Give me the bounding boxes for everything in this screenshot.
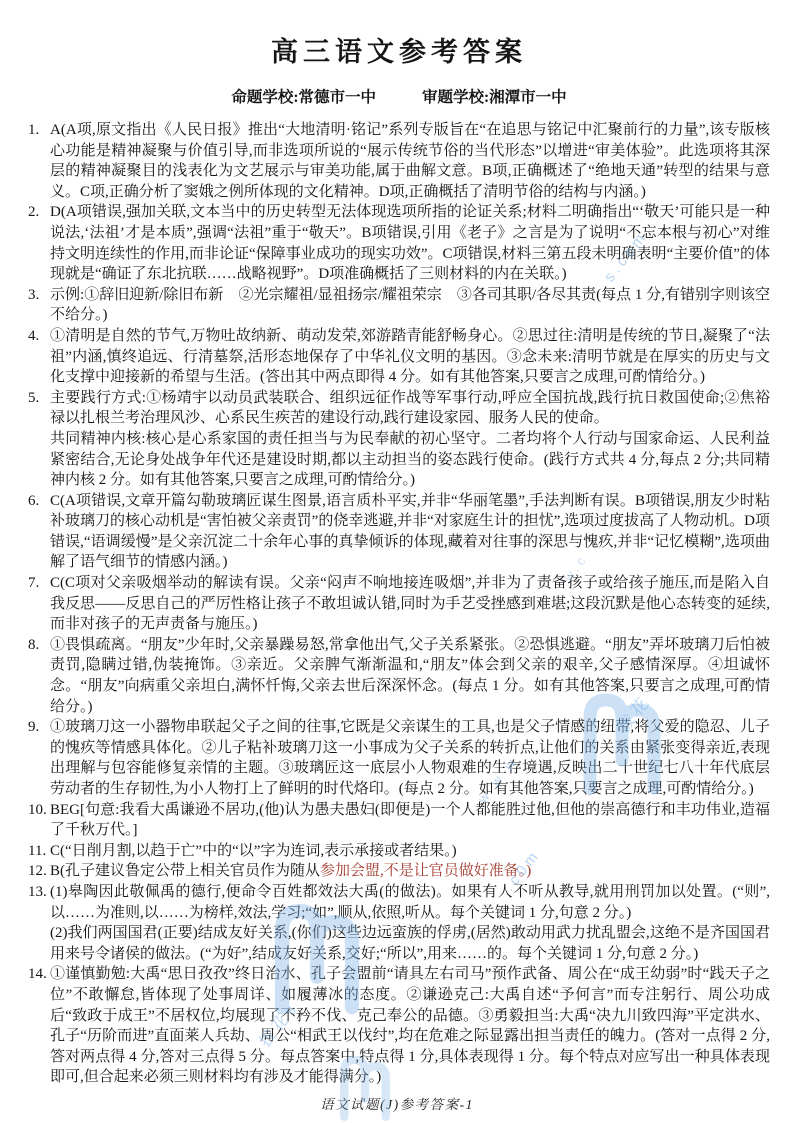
answer-list: 1. A(A项,原文指出《人民日报》推出“大地清明·铭记”系列专版旨在“在追思与… [28, 120, 770, 1088]
school-line: 命题学校:常德市一中 审题学校:湘潭市一中 [28, 85, 770, 107]
answer-number: 10. [28, 800, 48, 821]
answer-number: 9. [28, 717, 48, 738]
answer-text: ①清明是自然的节气,万物吐故纳新、萌动发荣,郊游踏青能舒畅身心。②思过往:清明是… [50, 326, 770, 388]
answer-number: 14. [28, 964, 48, 985]
answer-text: (1)皋陶因此敬佩禹的德行,便命令百姓都效法大禹(的做法)。如果有人不听从教导,… [50, 882, 770, 964]
answer-text-segment: D(A项错误,强加关联,文本当中的历史转型无法体现选项所指的论证关系;材料二明确… [50, 204, 770, 282]
answer-text-segment: C(“日削月割,以趋于亡”中的“以”字为连词,表示承接或者结果。) [50, 843, 457, 859]
answer-text-segment: ①畏惧疏离。“朋友”少年时,父亲暴躁易怒,常拿他出气,父子关系紧张。②恐惧逃避。… [50, 637, 770, 715]
answer-text-segment: C(C项对父亲吸烟举动的解读有误。父亲“闷声不响地接连吸烟”,并非为了责备孩子或… [50, 575, 770, 632]
answer-text: C(“日削月割,以趋于亡”中的“以”字为连词,表示承接或者结果。) [50, 841, 770, 862]
setter-school-label: 命题学校:常德市一中 [231, 85, 376, 107]
answer-paragraph: C(A项错误,文章开篇勾勒玻璃匠谋生图景,语言质朴平实,并非“华丽笔墨”,手法判… [50, 491, 770, 573]
answer-text-segment: BEG[句意:我看大禹谦逊不居功,(他)认为愚夫愚妇(即便是)一个人都能胜过他,… [50, 802, 770, 839]
reviewer-school-label: 审题学校:湘潭市一中 [422, 85, 567, 107]
answer-item: 13. (1)皋陶因此敬佩禹的德行,便命令百姓都效法大禹(的做法)。如果有人不听… [28, 882, 770, 964]
answer-text: ①畏惧疏离。“朋友”少年时,父亲暴躁易怒,常拿他出气,父子关系紧张。②恐惧逃避。… [50, 635, 770, 717]
answer-item: 1. A(A项,原文指出《人民日报》推出“大地清明·铭记”系列专版旨在“在追思与… [28, 120, 770, 202]
answer-number: 2. [28, 202, 48, 223]
answer-item: 4. ①清明是自然的节气,万物吐故纳新、萌动发荣,郊游踏青能舒畅身心。②思过往:… [28, 326, 770, 388]
answer-item: 9. ①玻璃刀这一小器物串联起父子之间的往事,它既是父亲谋生的工具,也是父子情感… [28, 717, 770, 799]
answer-text-segment: ①谨慎勤勉:大禹“思日孜孜”终日治水、孔子会盟前“请具左右司马”预作武备、周公在… [50, 966, 770, 1085]
answer-paragraph: C(C项对父亲吸烟举动的解读有误。父亲“闷声不响地接连吸烟”,并非为了责备孩子或… [50, 573, 770, 635]
answer-paragraph: A(A项,原文指出《人民日报》推出“大地清明·铭记”系列专版旨在“在追思与铭记中… [50, 120, 770, 202]
answer-item: 12. B(孔子建议鲁定公带上相关官员作为随从参加会盟,不是让官员做好准备。) [28, 861, 770, 882]
answer-item: 3. 示例:①辞旧迎新/除旧布新 ②光宗耀祖/显祖扬宗/耀祖荣宗 ③各司其职/各… [28, 285, 770, 326]
answer-paragraph: D(A项错误,强加关联,文本当中的历史转型无法体现选项所指的论证关系;材料二明确… [50, 202, 770, 284]
answer-text-segment: B(孔子建议鲁定公带上相关官员作为随从 [50, 863, 320, 879]
answer-text-segment: C(A项错误,文章开篇勾勒玻璃匠谋生图景,语言质朴平实,并非“华丽笔墨”,手法判… [50, 493, 770, 571]
answer-text: 主要践行方式:①杨靖宇以动员武装联合、组织远征作战等军事行动,呼应全国抗战,践行… [50, 388, 770, 491]
answer-paragraph: ①谨慎勤勉:大禹“思日孜孜”终日治水、孔子会盟前“请具左右司马”预作武备、周公在… [50, 964, 770, 1088]
answer-number: 5. [28, 388, 48, 409]
answer-text: C(C项对父亲吸烟举动的解读有误。父亲“闷声不响地接连吸烟”,并非为了责备孩子或… [50, 573, 770, 635]
answer-text-segment: 共同精神内核:核心是心系家国的责任担当与为民奉献的初心坚守。二者均将个人行动与国… [50, 431, 770, 488]
page-title: 高三语文参考答案 [28, 30, 770, 69]
answer-text-segment: ①玻璃刀这一小器物串联起父子之间的往事,它既是父亲谋生的工具,也是父子情感的纽带… [50, 719, 770, 797]
answer-paragraph: 示例:①辞旧迎新/除旧布新 ②光宗耀祖/显祖扬宗/耀祖荣宗 ③各司其职/各尽其责… [50, 285, 770, 326]
answer-paragraph: 主要践行方式:①杨靖宇以动员武装联合、组织远征作战等军事行动,呼应全国抗战,践行… [50, 388, 770, 429]
answer-text: B(孔子建议鲁定公带上相关官员作为随从参加会盟,不是让官员做好准备。) [50, 861, 770, 882]
answer-item: 5. 主要践行方式:①杨靖宇以动员武装联合、组织远征作战等军事行动,呼应全国抗战… [28, 388, 770, 491]
answer-number: 7. [28, 573, 48, 594]
answer-paragraph: C(“日削月割,以趋于亡”中的“以”字为连词,表示承接或者结果。) [50, 841, 770, 862]
answer-text: BEG[句意:我看大禹谦逊不居功,(他)认为愚夫愚妇(即便是)一个人都能胜过他,… [50, 800, 770, 841]
answer-item: 14. ①谨慎勤勉:大禹“思日孜孜”终日治水、孔子会盟前“请具左右司马”预作武备… [28, 964, 770, 1088]
answer-text-segment: 主要践行方式:①杨靖宇以动员武装联合、组织远征作战等军事行动,呼应全国抗战,践行… [50, 390, 770, 427]
answer-paragraph: BEG[句意:我看大禹谦逊不居功,(他)认为愚夫愚妇(即便是)一个人都能胜过他,… [50, 800, 770, 841]
answer-paragraph: (2)我们两国国君(正要)结成友好关系,(你们)这些边远蛮族的俘虏,(居然)敢动… [50, 923, 770, 964]
answer-item: 2. D(A项错误,强加关联,文本当中的历史转型无法体现选项所指的论证关系;材料… [28, 202, 770, 284]
answer-number: 6. [28, 491, 48, 512]
answer-number: 4. [28, 326, 48, 347]
answer-number: 12. [28, 861, 48, 882]
answer-text: C(A项错误,文章开篇勾勒玻璃匠谋生图景,语言质朴平实,并非“华丽笔墨”,手法判… [50, 491, 770, 573]
answer-text: ①玻璃刀这一小器物串联起父子之间的往事,它既是父亲谋生的工具,也是父子情感的纽带… [50, 717, 770, 799]
answer-item: 6. C(A项错误,文章开篇勾勒玻璃匠谋生图景,语言质朴平实,并非“华丽笔墨”,… [28, 491, 770, 573]
answer-item: 8. ①畏惧疏离。“朋友”少年时,父亲暴躁易怒,常拿他出气,父子关系紧张。②恐惧… [28, 635, 770, 717]
answer-text-segment: (1)皋陶因此敬佩禹的德行,便命令百姓都效法大禹(的做法)。如果有人不听从教导,… [50, 884, 770, 921]
answer-text: ①谨慎勤勉:大禹“思日孜孜”终日治水、孔子会盟前“请具左右司马”预作武备、周公在… [50, 964, 770, 1088]
answer-number: 11. [28, 841, 48, 862]
answer-text: D(A项错误,强加关联,文本当中的历史转型无法体现选项所指的论证关系;材料二明确… [50, 202, 770, 284]
answer-paragraph: ①玻璃刀这一小器物串联起父子之间的往事,它既是父亲谋生的工具,也是父子情感的纽带… [50, 717, 770, 799]
page-footer: 语文试题(J)参考答案-1 [0, 1093, 794, 1113]
answer-paragraph: 共同精神内核:核心是心系家国的责任担当与为民奉献的初心坚守。二者均将个人行动与国… [50, 429, 770, 491]
answer-number: 13. [28, 882, 48, 903]
answer-number: 8. [28, 635, 48, 656]
answer-text-segment: 示例:①辞旧迎新/除旧布新 ②光宗耀祖/显祖扬宗/耀祖荣宗 ③各司其职/各尽其责… [50, 287, 770, 324]
answer-paragraph: ①清明是自然的节气,万物吐故纳新、萌动发荣,郊游踏青能舒畅身心。②思过往:清明是… [50, 326, 770, 388]
answer-text-segment: A(A项,原文指出《人民日报》推出“大地清明·铭记”系列专版旨在“在追思与铭记中… [50, 122, 770, 200]
answer-text-segment: ①清明是自然的节气,万物吐故纳新、萌动发荣,郊游踏青能舒畅身心。②思过往:清明是… [50, 328, 770, 385]
answer-text: A(A项,原文指出《人民日报》推出“大地清明·铭记”系列专版旨在“在追思与铭记中… [50, 120, 770, 202]
answer-paragraph: (1)皋陶因此敬佩禹的德行,便命令百姓都效法大禹(的做法)。如果有人不听从教导,… [50, 882, 770, 923]
answer-item: 11. C(“日削月割,以趋于亡”中的“以”字为连词,表示承接或者结果。) [28, 841, 770, 862]
answer-text-red-segment: 参加会盟,不是让官员做好准备。) [320, 863, 531, 879]
answer-text-segment: (2)我们两国国君(正要)结成友好关系,(你们)这些边远蛮族的俘虏,(居然)敢动… [50, 925, 770, 962]
answer-number: 1. [28, 120, 48, 141]
answer-paragraph: ①畏惧疏离。“朋友”少年时,父亲暴躁易怒,常拿他出气,父子关系紧张。②恐惧逃避。… [50, 635, 770, 717]
answer-number: 3. [28, 285, 48, 306]
answer-item: 7. C(C项对父亲吸烟举动的解读有误。父亲“闷声不响地接连吸烟”,并非为了责备… [28, 573, 770, 635]
answer-item: 10. BEG[句意:我看大禹谦逊不居功,(他)认为愚夫愚妇(即便是)一个人都能… [28, 800, 770, 841]
answer-text: 示例:①辞旧迎新/除旧布新 ②光宗耀祖/显祖扬宗/耀祖荣宗 ③各司其职/各尽其责… [50, 285, 770, 326]
answer-paragraph: B(孔子建议鲁定公带上相关官员作为随从参加会盟,不是让官员做好准备。) [50, 861, 770, 882]
